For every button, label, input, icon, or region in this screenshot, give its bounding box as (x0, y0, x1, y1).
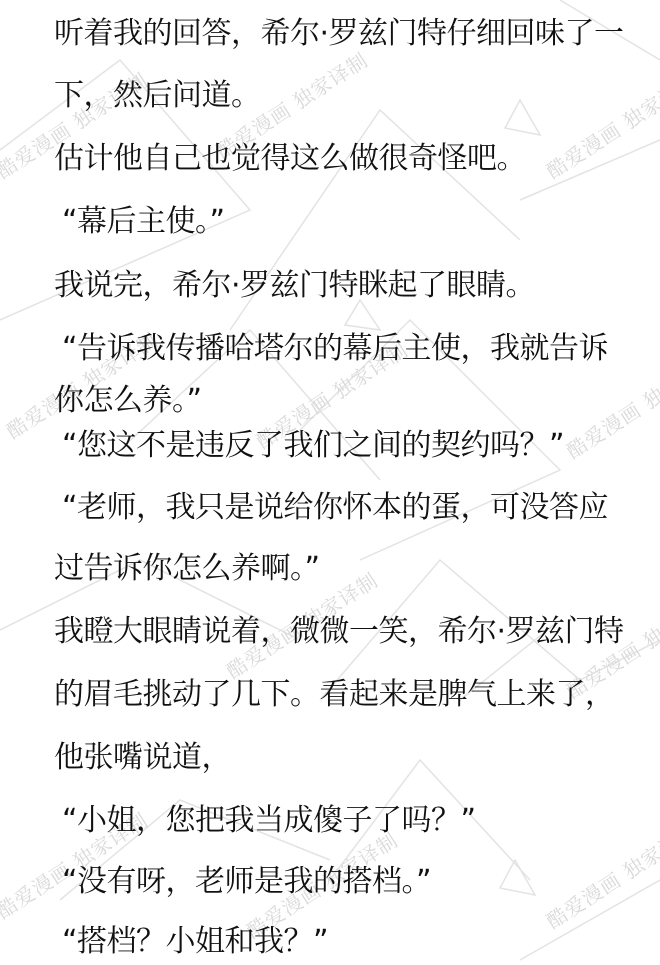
text-line: 估计他自己也觉得这么做很奇怪吧。 (54, 141, 526, 177)
text-line: 你怎么养。” (54, 383, 202, 419)
dialogue-line: “搭档？小姐和我？” (62, 924, 328, 960)
dialogue-line: “您这不是违反了我们之间的契约吗？” (62, 428, 564, 464)
dialogue-line: “小姐，您把我当成傻子了吗？” (62, 803, 476, 839)
dialogue-line: “没有呀，老师是我的搭档。” (62, 864, 431, 900)
text-line: 他张嘴说道， (54, 740, 231, 776)
text-line: 的眉毛挑动了几下。看起来是脾气上来了， (54, 677, 615, 713)
story-text: 听着我的回答，希尔·罗兹门特仔细回味了一 下，然后问道。 估计他自己也觉得这么做… (0, 0, 660, 965)
text-line: 我瞪大眼睛说着，微微一笑，希尔·罗兹门特 (54, 614, 624, 650)
text-line: 过告诉你怎么养啊。” (54, 551, 320, 587)
text-line: 听着我的回答，希尔·罗兹门特仔细回味了一 (54, 16, 624, 52)
dialogue-line: “老师，我只是说给你怀本的蛋，可没答应 (62, 490, 608, 526)
dialogue-line: “告诉我传播哈塔尔的幕后主使，我就告诉 (62, 331, 608, 367)
dialogue-line: “幕后主使。” (62, 204, 225, 240)
text-line: 我说完，希尔·罗兹门特眯起了眼睛。 (54, 268, 535, 304)
text-line: 下，然后问道。 (54, 78, 261, 114)
